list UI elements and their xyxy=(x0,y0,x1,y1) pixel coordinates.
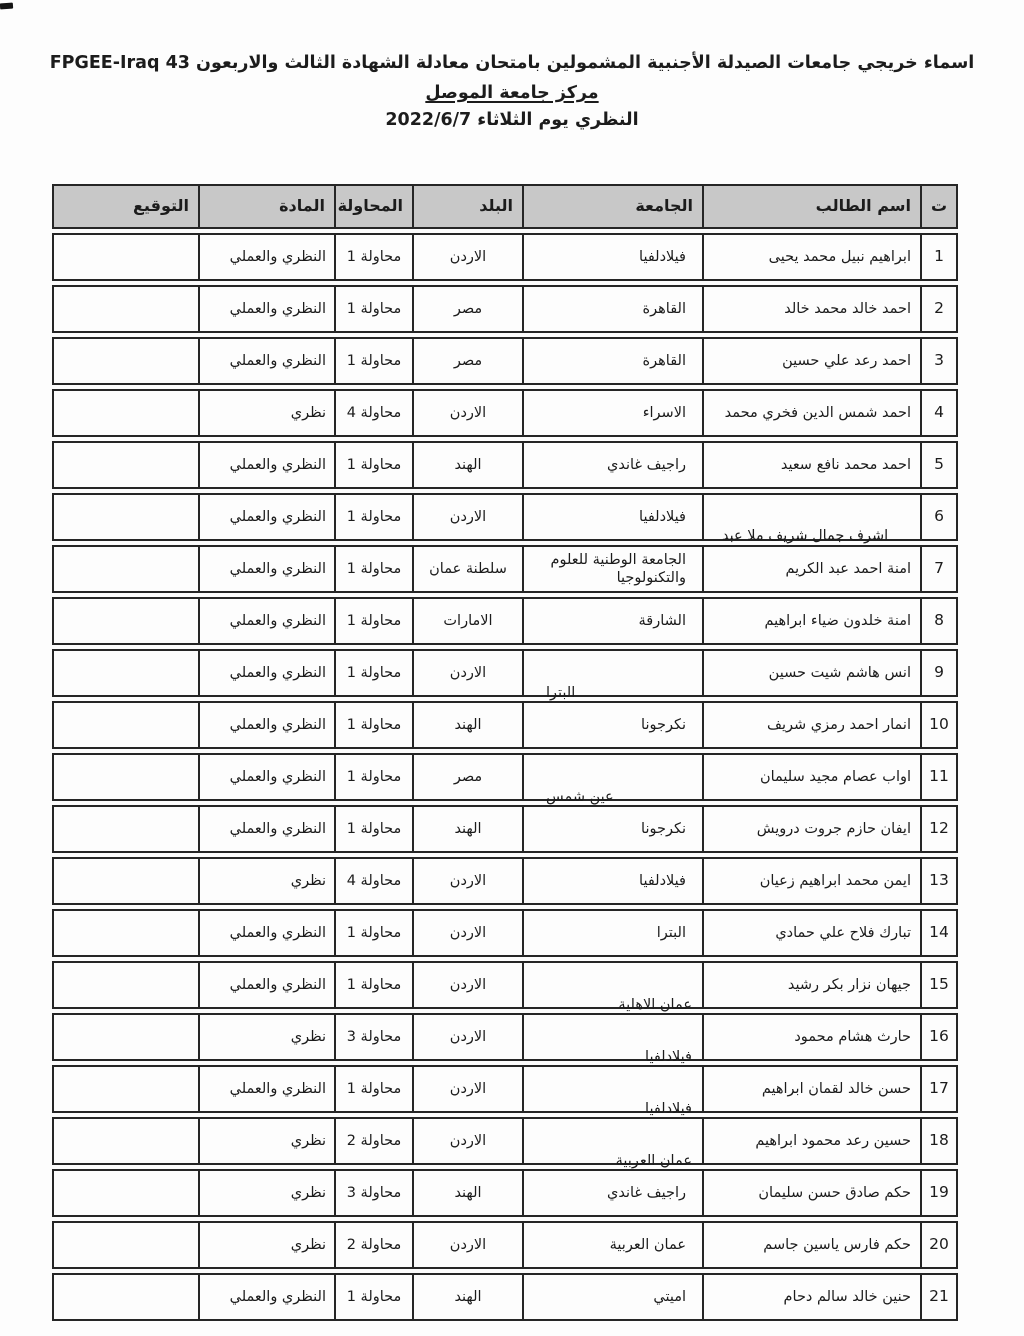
cell-index: 6 xyxy=(920,493,958,541)
table-row: 2احمد خالد محمد خالدالقاهرةمصرمحاولة 1ال… xyxy=(52,285,958,333)
cell-subject: نظري xyxy=(198,389,334,437)
cell-index: 15 xyxy=(920,961,958,1009)
cell-country-text: الاردن xyxy=(450,509,486,525)
cell-country-text: مصر xyxy=(454,301,482,317)
cell-subject-text: النظري والعملي xyxy=(230,769,326,785)
cell-subject: النظري والعملي xyxy=(198,441,334,489)
cell-university-text: عين شمس xyxy=(546,788,614,806)
cell-student-name-text: انس هاشم شيت حسين xyxy=(769,665,911,681)
cell-student-name: انمار احمد رمزي شريف xyxy=(702,701,920,749)
table-row: 5احمد محمد نافع سعيدراجيف غانديالهندمحاو… xyxy=(52,441,958,489)
cell-index: 17 xyxy=(920,1065,958,1113)
cell-student-name: حكم فارس ياسين جاسم xyxy=(702,1221,920,1269)
cell-attempt: محاولة 3 xyxy=(334,1169,412,1217)
cell-subject-text: النظري والعملي xyxy=(230,717,326,733)
cell-country: مصر xyxy=(412,285,522,333)
cell-country: الاردن xyxy=(412,233,522,281)
cell-country-text: الهند xyxy=(454,717,481,733)
cell-subject: النظري والعملي xyxy=(198,493,334,541)
cell-index: 1 xyxy=(920,233,958,281)
table-row: 7امنة احمد عبد الكريمالجامعة الوطنية للع… xyxy=(52,545,958,593)
cell-index-text: 2 xyxy=(934,299,944,317)
cell-country-text: الهند xyxy=(454,1289,481,1305)
table-row: 19حكم صادق حسن سليمانراجيف غانديالهندمحا… xyxy=(52,1169,958,1217)
cell-attempt: محاولة 1 xyxy=(334,493,412,541)
cell-country: الاردن xyxy=(412,857,522,905)
cell-university: عمان العربية xyxy=(522,1221,702,1269)
cell-university: فيلادلفيا xyxy=(522,1013,702,1061)
cell-attempt: محاولة 1 xyxy=(334,597,412,645)
cell-student-name: حكم صادق حسن سليمان xyxy=(702,1169,920,1217)
cell-student-name: امنة احمد عبد الكريم xyxy=(702,545,920,593)
cell-student-name-text: حكم فارس ياسين جاسم xyxy=(763,1237,911,1253)
cell-country: الاردن xyxy=(412,909,522,957)
col-header-signature: التوقيع xyxy=(52,184,198,229)
cell-signature xyxy=(52,1013,198,1061)
cell-attempt: محاولة 1 xyxy=(334,753,412,801)
cell-signature xyxy=(52,545,198,593)
cell-signature xyxy=(52,1273,198,1321)
col-header-index: ت xyxy=(920,184,958,229)
cell-signature xyxy=(52,285,198,333)
cell-student-name: حسن خالد لقمان ابراهيم xyxy=(702,1065,920,1113)
cell-attempt: محاولة 4 xyxy=(334,857,412,905)
cell-university: عمان الاهلية xyxy=(522,961,702,1009)
cell-student-name-text: حنين خالد سالم دحام xyxy=(784,1289,911,1305)
cell-subject-text: النظري والعملي xyxy=(230,665,326,681)
cell-subject: النظري والعملي xyxy=(198,285,334,333)
cell-attempt-text: محاولة 1 xyxy=(347,769,402,785)
cell-country: مصر xyxy=(412,753,522,801)
cell-country-text: الاردن xyxy=(450,249,486,265)
cell-subject-text: النظري والعملي xyxy=(230,561,326,577)
cell-university-text: راجيف غاندي xyxy=(607,1185,686,1201)
cell-student-name-text: ابراهيم نبيل محمد يحيى xyxy=(769,249,911,265)
cell-index-text: 3 xyxy=(934,351,944,369)
cell-subject: نظري xyxy=(198,857,334,905)
cell-university-text: البترا xyxy=(657,925,686,941)
cell-signature xyxy=(52,805,198,853)
cell-index-text: 14 xyxy=(929,923,949,941)
cell-signature xyxy=(52,909,198,957)
cell-subject-text: النظري والعملي xyxy=(230,1081,326,1097)
cell-university-text: القاهرة xyxy=(643,353,686,369)
cell-attempt: محاولة 2 xyxy=(334,1221,412,1269)
cell-university: راجيف غاندي xyxy=(522,441,702,489)
cell-subject-text: النظري والعملي xyxy=(230,457,326,473)
cell-attempt: محاولة 1 xyxy=(334,961,412,1009)
cell-country-text: الاردن xyxy=(450,1029,486,1045)
table-row: 16حارث هشام محمودفيلادلفياالاردنمحاولة 3… xyxy=(52,1013,958,1061)
cell-student-name: اواب عصام مجيد سليمان xyxy=(702,753,920,801)
cell-student-name: ايفان حازم جروت درويش xyxy=(702,805,920,853)
cell-university-text: الجامعة الوطنية للعلوم والتكنولوجيا xyxy=(551,552,686,586)
cell-country: الهند xyxy=(412,805,522,853)
cell-subject: النظري والعملي xyxy=(198,545,334,593)
cell-subject: النظري والعملي xyxy=(198,337,334,385)
cell-country-text: الاردن xyxy=(450,1081,486,1097)
cell-country-text: الاردن xyxy=(450,665,486,681)
cell-country: الهند xyxy=(412,701,522,749)
cell-attempt-text: محاولة 3 xyxy=(347,1029,402,1045)
cell-attempt: محاولة 1 xyxy=(334,701,412,749)
table-body: 1ابراهيم نبيل محمد يحيىفيلادلفياالاردنمح… xyxy=(52,233,958,1321)
cell-student-name: تبارك فلاح علي حمادي xyxy=(702,909,920,957)
cell-student-name: ايمن محمد ابراهيم زعيان xyxy=(702,857,920,905)
cell-student-name: احمد محمد نافع سعيد xyxy=(702,441,920,489)
table-row: 6اشرف جمال شريف ملا عبدفيلادلفياالاردنمح… xyxy=(52,493,958,541)
cell-index-text: 4 xyxy=(934,403,944,421)
cell-student-name-text: احمد رعد علي حسين xyxy=(782,353,911,369)
cell-university: الاسراء xyxy=(522,389,702,437)
cell-country: الاردن xyxy=(412,961,522,1009)
cell-subject-text: نظري xyxy=(291,873,326,889)
cell-subject-text: النظري والعملي xyxy=(230,1289,326,1305)
cell-student-name-text: اشرف جمال شريف ملا عبد xyxy=(722,527,888,545)
cell-university-text: عمان العربية xyxy=(610,1237,686,1253)
cell-subject-text: نظري xyxy=(291,405,326,421)
table-row: 14تبارك فلاح علي حماديالبتراالاردنمحاولة… xyxy=(52,909,958,957)
cell-country: الاردن xyxy=(412,1221,522,1269)
cell-subject: النظري والعملي xyxy=(198,909,334,957)
cell-index-text: 20 xyxy=(929,1235,949,1253)
table-row: 17حسن خالد لقمان ابراهيمفيلادلفياالاردنم… xyxy=(52,1065,958,1113)
cell-country: الاردن xyxy=(412,1065,522,1113)
cell-subject-text: النظري والعملي xyxy=(230,509,326,525)
table-row: 9انس هاشم شيت حسينالبتراالاردنمحاولة 1ال… xyxy=(52,649,958,697)
cell-index: 18 xyxy=(920,1117,958,1165)
cell-university: البترا xyxy=(522,649,702,697)
cell-index: 21 xyxy=(920,1273,958,1321)
cell-country-text: الاردن xyxy=(450,873,486,889)
cell-subject: نظري xyxy=(198,1117,334,1165)
cell-index: 3 xyxy=(920,337,958,385)
cell-attempt: محاولة 1 xyxy=(334,337,412,385)
cell-attempt: محاولة 2 xyxy=(334,1117,412,1165)
cell-subject: نظري xyxy=(198,1221,334,1269)
cell-country: الهند xyxy=(412,1273,522,1321)
cell-attempt: محاولة 1 xyxy=(334,1273,412,1321)
cell-country: سلطنة عمان xyxy=(412,545,522,593)
table-row: 8امنة خلدون ضياء ابراهيمالشارقةالاماراتم… xyxy=(52,597,958,645)
cell-attempt-text: محاولة 1 xyxy=(347,821,402,837)
cell-attempt-text: محاولة 1 xyxy=(347,977,402,993)
cell-university-text: عمان العربية xyxy=(616,1152,692,1170)
cell-attempt-text: محاولة 1 xyxy=(347,613,402,629)
table-row: 3احمد رعد علي حسينالقاهرةمصرمحاولة 1النظ… xyxy=(52,337,958,385)
cell-student-name: حنين خالد سالم دحام xyxy=(702,1273,920,1321)
cell-index-text: 15 xyxy=(929,975,949,993)
cell-university-text: فيلادلفيا xyxy=(639,249,686,265)
cell-university: القاهرة xyxy=(522,337,702,385)
cell-index-text: 16 xyxy=(929,1027,949,1045)
cell-university: الشارقة xyxy=(522,597,702,645)
table-row: 18حسين رعد محمود ابراهيمعمان العربيةالار… xyxy=(52,1117,958,1165)
cell-index-text: 12 xyxy=(929,819,949,837)
cell-country-text: الامارات xyxy=(443,613,492,629)
cell-signature xyxy=(52,1221,198,1269)
cell-index-text: 17 xyxy=(929,1079,949,1097)
col-header-student-name: اسم الطالب xyxy=(702,184,920,229)
cell-subject-text: النظري والعملي xyxy=(230,353,326,369)
cell-university: فيلادلفيا xyxy=(522,233,702,281)
cell-signature xyxy=(52,649,198,697)
cell-university-text: الشارقة xyxy=(638,613,686,629)
cell-student-name-text: انمار احمد رمزي شريف xyxy=(767,717,911,733)
cell-university: نكرجونا xyxy=(522,701,702,749)
cell-attempt: محاولة 3 xyxy=(334,1013,412,1061)
cell-student-name-text: اواب عصام مجيد سليمان xyxy=(760,769,911,785)
cell-student-name-text: احمد محمد نافع سعيد xyxy=(781,457,911,473)
cell-subject-text: النظري والعملي xyxy=(230,301,326,317)
cell-attempt-text: محاولة 2 xyxy=(347,1237,402,1253)
cell-country-text: مصر xyxy=(454,353,482,369)
cell-attempt: محاولة 1 xyxy=(334,805,412,853)
cell-student-name: احمد رعد علي حسين xyxy=(702,337,920,385)
document-title: اسماء خريجي جامعات الصيدلة الأجنبية المش… xyxy=(0,52,1024,76)
cell-subject-text: النظري والعملي xyxy=(230,925,326,941)
cell-signature xyxy=(52,1117,198,1165)
cell-student-name: ابراهيم نبيل محمد يحيى xyxy=(702,233,920,281)
cell-student-name: امنة خلدون ضياء ابراهيم xyxy=(702,597,920,645)
cell-university-text: عمان الاهلية xyxy=(618,996,692,1014)
cell-attempt-text: محاولة 1 xyxy=(347,665,402,681)
cell-index: 9 xyxy=(920,649,958,697)
cell-university-text: القاهرة xyxy=(643,301,686,317)
cell-index: 5 xyxy=(920,441,958,489)
cell-attempt-text: محاولة 3 xyxy=(347,1185,402,1201)
cell-university-text: فيلادلفيا xyxy=(645,1100,692,1118)
table-row: 11اواب عصام مجيد سليمانعين شمسمصرمحاولة … xyxy=(52,753,958,801)
cell-subject: النظري والعملي xyxy=(198,961,334,1009)
scan-artifact-mark xyxy=(0,3,13,10)
cell-country: مصر xyxy=(412,337,522,385)
col-header-university: الجامعة xyxy=(522,184,702,229)
cell-university: عمان العربية xyxy=(522,1117,702,1165)
cell-country: الاردن xyxy=(412,493,522,541)
cell-subject-text: النظري والعملي xyxy=(230,249,326,265)
cell-attempt-text: محاولة 2 xyxy=(347,1133,402,1149)
cell-index-text: 11 xyxy=(929,767,949,785)
cell-student-name-text: حارث هشام محمود xyxy=(794,1029,911,1045)
cell-subject-text: النظري والعملي xyxy=(230,821,326,837)
cell-university-text: اميتي xyxy=(653,1289,686,1305)
cell-university: نكرجونا xyxy=(522,805,702,853)
cell-attempt: محاولة 4 xyxy=(334,389,412,437)
cell-attempt-text: محاولة 1 xyxy=(347,561,402,577)
cell-university: البترا xyxy=(522,909,702,957)
cell-student-name-text: ايفان حازم جروت درويش xyxy=(757,821,911,837)
cell-signature xyxy=(52,597,198,645)
cell-index-text: 10 xyxy=(929,715,949,733)
cell-university-text: فيلادلفيا xyxy=(639,509,686,525)
cell-attempt-text: محاولة 1 xyxy=(347,1289,402,1305)
cell-index-text: 21 xyxy=(929,1287,949,1305)
table-row: 4احمد شمس الدين فخري محمدالاسراءالاردنمح… xyxy=(52,389,958,437)
cell-country: الهند xyxy=(412,441,522,489)
cell-student-name-text: تبارك فلاح علي حمادي xyxy=(775,925,911,941)
cell-index-text: 7 xyxy=(934,559,944,577)
cell-student-name: اشرف جمال شريف ملا عبد xyxy=(702,493,920,541)
document-header: اسماء خريجي جامعات الصيدلة الأجنبية المش… xyxy=(0,0,1024,133)
cell-country-text: مصر xyxy=(454,769,482,785)
cell-subject-text: نظري xyxy=(291,1029,326,1045)
cell-country-text: الهند xyxy=(454,1185,481,1201)
cell-university: الجامعة الوطنية للعلوم والتكنولوجيا xyxy=(522,545,702,593)
cell-index: 7 xyxy=(920,545,958,593)
cell-country-text: الهند xyxy=(454,821,481,837)
cell-signature xyxy=(52,441,198,489)
table-row: 13ايمن محمد ابراهيم زعيانفيلادلفياالاردن… xyxy=(52,857,958,905)
cell-signature xyxy=(52,857,198,905)
cell-student-name: احمد شمس الدين فخري محمد xyxy=(702,389,920,437)
cell-university-text: البترا xyxy=(546,684,575,702)
cell-student-name-text: ايمن محمد ابراهيم زعيان xyxy=(760,873,911,889)
cell-signature xyxy=(52,493,198,541)
cell-attempt-text: محاولة 1 xyxy=(347,509,402,525)
cell-attempt-text: محاولة 1 xyxy=(347,925,402,941)
cell-subject: نظري xyxy=(198,1013,334,1061)
cell-subject-text: النظري والعملي xyxy=(230,613,326,629)
table-row: 1ابراهيم نبيل محمد يحيىفيلادلفياالاردنمح… xyxy=(52,233,958,281)
cell-university-text: نكرجونا xyxy=(641,821,686,837)
cell-country-text: الاردن xyxy=(450,977,486,993)
cell-subject: النظري والعملي xyxy=(198,753,334,801)
cell-attempt-text: محاولة 4 xyxy=(347,405,402,421)
cell-student-name-text: حسن خالد لقمان ابراهيم xyxy=(762,1081,911,1097)
cell-subject: النظري والعملي xyxy=(198,597,334,645)
cell-attempt: محاولة 1 xyxy=(334,285,412,333)
cell-index: 19 xyxy=(920,1169,958,1217)
cell-index-text: 5 xyxy=(934,455,944,473)
cell-university: فيلادلفيا xyxy=(522,857,702,905)
cell-signature xyxy=(52,389,198,437)
cell-country: الاردن xyxy=(412,1117,522,1165)
cell-student-name-text: امنة احمد عبد الكريم xyxy=(785,561,911,577)
cell-university: راجيف غاندي xyxy=(522,1169,702,1217)
cell-country-text: سلطنة عمان xyxy=(429,561,507,577)
cell-student-name-text: جيهان نزار بكر رشيد xyxy=(788,977,911,993)
cell-subject: النظري والعملي xyxy=(198,1273,334,1321)
cell-signature xyxy=(52,961,198,1009)
cell-subject: النظري والعملي xyxy=(198,233,334,281)
cell-signature xyxy=(52,337,198,385)
cell-attempt-text: محاولة 1 xyxy=(347,457,402,473)
cell-university-text: الاسراء xyxy=(643,405,686,421)
cell-country-text: الهند xyxy=(454,457,481,473)
cell-student-name: انس هاشم شيت حسين xyxy=(702,649,920,697)
cell-country-text: الاردن xyxy=(450,1237,486,1253)
cell-country: الامارات xyxy=(412,597,522,645)
cell-student-name-text: احمد خالد محمد خالد xyxy=(784,301,911,317)
cell-university-text: نكرجونا xyxy=(641,717,686,733)
exam-date-line: النظري يوم الثلاثاء 2022/6/7 xyxy=(0,109,1024,133)
cell-subject: النظري والعملي xyxy=(198,1065,334,1113)
table-row: 12ايفان حازم جروت درويشنكرجوناالهندمحاول… xyxy=(52,805,958,853)
cell-attempt-text: محاولة 4 xyxy=(347,873,402,889)
exam-center-title: مركز جامعة الموصل xyxy=(0,82,1024,106)
cell-subject-text: نظري xyxy=(291,1185,326,1201)
cell-index: 16 xyxy=(920,1013,958,1061)
cell-country: الهند xyxy=(412,1169,522,1217)
cell-signature xyxy=(52,1065,198,1113)
cell-index-text: 18 xyxy=(929,1131,949,1149)
col-header-attempt: المحاولة xyxy=(334,184,412,229)
cell-signature xyxy=(52,701,198,749)
cell-attempt-text: محاولة 1 xyxy=(347,249,402,265)
cell-index: 14 xyxy=(920,909,958,957)
cell-subject-text: نظري xyxy=(291,1237,326,1253)
cell-index-text: 8 xyxy=(934,611,944,629)
table-row: 15جيهان نزار بكر رشيدعمان الاهليةالاردنم… xyxy=(52,961,958,1009)
cell-attempt-text: محاولة 1 xyxy=(347,717,402,733)
col-header-subject: المادة xyxy=(198,184,334,229)
cell-student-name: احمد خالد محمد خالد xyxy=(702,285,920,333)
cell-attempt: محاولة 1 xyxy=(334,909,412,957)
cell-student-name: حسين رعد محمود ابراهيم xyxy=(702,1117,920,1165)
cell-university-text: راجيف غاندي xyxy=(607,457,686,473)
table-header-row: ت اسم الطالب الجامعة البلد المحاولة الما… xyxy=(52,184,958,229)
cell-index-text: 6 xyxy=(934,507,944,525)
cell-student-name: جيهان نزار بكر رشيد xyxy=(702,961,920,1009)
cell-index: 13 xyxy=(920,857,958,905)
table-row: 10انمار احمد رمزي شريفنكرجوناالهندمحاولة… xyxy=(52,701,958,749)
cell-subject: النظري والعملي xyxy=(198,649,334,697)
table-row: 20حكم فارس ياسين جاسمعمان العربيةالاردنم… xyxy=(52,1221,958,1269)
cell-student-name-text: حكم صادق حسن سليمان xyxy=(758,1185,911,1201)
cell-subject-text: النظري والعملي xyxy=(230,977,326,993)
cell-student-name-text: امنة خلدون ضياء ابراهيم xyxy=(765,613,912,629)
cell-subject: النظري والعملي xyxy=(198,701,334,749)
cell-index: 8 xyxy=(920,597,958,645)
cell-country: الاردن xyxy=(412,389,522,437)
col-header-country: البلد xyxy=(412,184,522,229)
cell-attempt-text: محاولة 1 xyxy=(347,301,402,317)
cell-subject-text: نظري xyxy=(291,1133,326,1149)
cell-student-name-text: حسين رعد محمود ابراهيم xyxy=(755,1133,911,1149)
cell-attempt: محاولة 1 xyxy=(334,233,412,281)
cell-university: فيلادلفيا xyxy=(522,493,702,541)
cell-signature xyxy=(52,753,198,801)
cell-signature xyxy=(52,1169,198,1217)
cell-attempt: محاولة 1 xyxy=(334,545,412,593)
cell-index-text: 19 xyxy=(929,1183,949,1201)
cell-index: 4 xyxy=(920,389,958,437)
cell-index: 11 xyxy=(920,753,958,801)
cell-country-text: الاردن xyxy=(450,925,486,941)
cell-attempt: محاولة 1 xyxy=(334,1065,412,1113)
cell-country-text: الاردن xyxy=(450,405,486,421)
students-table: ت اسم الطالب الجامعة البلد المحاولة الما… xyxy=(52,180,958,1325)
table-row: 21حنين خالد سالم دحاماميتيالهندمحاولة 1ا… xyxy=(52,1273,958,1321)
cell-index-text: 1 xyxy=(934,247,944,265)
cell-index-text: 9 xyxy=(934,663,944,681)
cell-country: الاردن xyxy=(412,649,522,697)
cell-country-text: الاردن xyxy=(450,1133,486,1149)
cell-university: عين شمس xyxy=(522,753,702,801)
cell-university: القاهرة xyxy=(522,285,702,333)
cell-student-name: حارث هشام محمود xyxy=(702,1013,920,1061)
cell-university-text: فيلادلفيا xyxy=(645,1048,692,1066)
cell-university: اميتي xyxy=(522,1273,702,1321)
cell-index: 2 xyxy=(920,285,958,333)
cell-attempt-text: محاولة 1 xyxy=(347,353,402,369)
cell-subject: النظري والعملي xyxy=(198,805,334,853)
cell-student-name-text: احمد شمس الدين فخري محمد xyxy=(725,405,911,421)
cell-attempt: محاولة 1 xyxy=(334,441,412,489)
cell-university: فيلادلفيا xyxy=(522,1065,702,1113)
cell-index: 20 xyxy=(920,1221,958,1269)
